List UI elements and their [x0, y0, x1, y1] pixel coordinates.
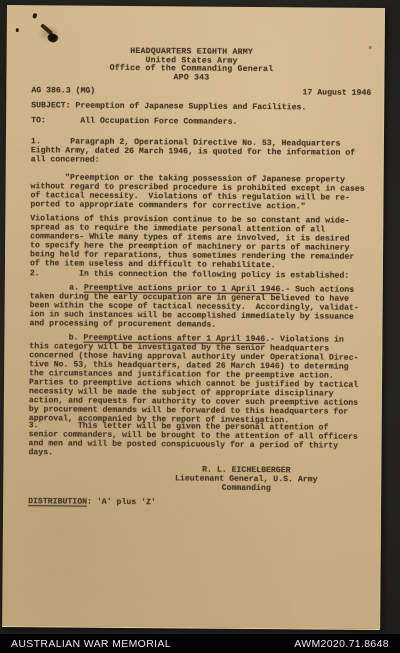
paragraph-violations: Violations of this provision continue to…	[30, 214, 370, 271]
distribution-value: : 'A' plus 'Z'	[87, 498, 156, 508]
paragraph-2a: a. Preemptive actions prior to 1 April 1…	[29, 283, 369, 331]
paragraph-2: 2. In this connection the following poli…	[30, 269, 370, 281]
reference-line: AG 386.3 (MG)17 August 1946	[31, 86, 371, 98]
letterhead: HEADQUARTERS EIGHTH ARMYUnited States Ar…	[21, 47, 361, 84]
paragraph-2b-lead: b.	[29, 333, 83, 342]
letterhead-apo: APO 343	[21, 73, 361, 84]
paragraph-2b-text: this category will be investigated by th…	[29, 336, 359, 426]
signature-title: Commanding	[138, 483, 354, 494]
file-number: AG 386.3 (MG)	[31, 86, 95, 96]
paragraph-1: 1. Paragraph 2, Operational Directive No…	[31, 137, 371, 167]
catalog-number: AWM2020.71.8648	[294, 638, 389, 650]
subject-line: SUBJECT: Preemption of Japanese Supplies…	[31, 101, 371, 113]
archive-footer-bar: AUSTRALIAN WAR MEMORIALAWM2020.71.8648	[0, 634, 400, 653]
distribution-label: DISTRIBUTION	[28, 497, 87, 506]
letter-date: 17 August 1946	[302, 88, 371, 98]
paragraph-2a-lead: a.	[30, 283, 84, 292]
paper-speck	[16, 28, 19, 32]
signature-block: R. L. EICHELBERGERLieutenant General, U.…	[138, 465, 354, 494]
distribution-line: DISTRIBUTION: 'A' plus 'Z'	[28, 497, 368, 509]
paragraph-3: 3. This letter will be given the persona…	[28, 421, 368, 460]
letter-content: HEADQUARTERS EIGHTH ARMYUnited States Ar…	[27, 5, 372, 629]
archive-institution: AUSTRALIAN WAR MEMORIAL	[11, 638, 171, 650]
photo-mat: HEADQUARTERS EIGHTH ARMYUnited States Ar…	[0, 0, 400, 653]
document-page: HEADQUARTERS EIGHTH ARMYUnited States Ar…	[2, 5, 385, 630]
quoted-directive: "Preemption or the taking possession of …	[30, 173, 370, 212]
paragraph-2b: b. Preemptive actions after 1 April 1946…	[29, 333, 370, 426]
to-line: TO: All Occupation Force Commanders.	[31, 116, 371, 128]
